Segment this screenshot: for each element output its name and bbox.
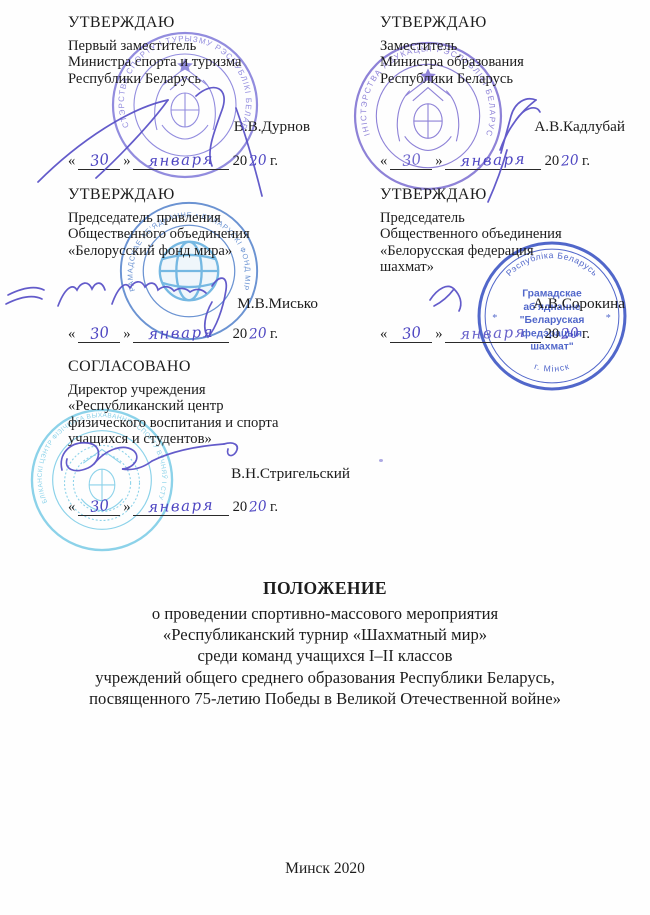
date-open-quote: «	[380, 326, 387, 342]
date-suffix: г.	[270, 326, 278, 342]
date-century: 20	[233, 153, 248, 169]
date-day-slot: 30	[78, 151, 120, 170]
date-day-slot: 30	[78, 324, 120, 343]
approval-label: УТВЕРЖДАЮ	[68, 186, 318, 204]
handwritten-year: 20	[249, 325, 268, 342]
date-close-quote: »	[435, 153, 442, 169]
approval-block-chess: УТВЕРЖДАЮ Председатель Общественного объ…	[380, 186, 625, 361]
handwritten-day: 30	[401, 150, 422, 170]
org-line: Министра спорта и туризма	[68, 54, 310, 70]
svg-text:г. Мінск: г. Мінск	[533, 361, 571, 374]
org-line: физического воспитания и спорта	[68, 415, 350, 431]
date-open-quote: «	[68, 153, 75, 169]
signatory-name: А.В.Сорокина	[533, 295, 625, 313]
org-line: Директор учреждения	[68, 382, 350, 398]
org-line: Республики Беларусь	[68, 71, 310, 87]
approval-block-sport: УТВЕРЖДАЮ Первый заместитель Министра сп…	[68, 14, 310, 189]
org-line: Общественного объединения	[68, 226, 318, 242]
date-suffix: г.	[582, 153, 590, 169]
date-day-slot: 30	[390, 324, 432, 343]
date-century: 20	[545, 326, 560, 342]
title-line: о проведении спортивно-массового меропри…	[0, 603, 650, 624]
handwritten-day: 30	[89, 150, 110, 170]
date-month-slot: января	[445, 151, 541, 170]
signatory-name: В.Н.Стригельский	[231, 465, 350, 483]
org-line: Республики Беларусь	[380, 71, 625, 87]
org-line: Председатель	[380, 210, 625, 226]
handwritten-year: 20	[249, 152, 268, 169]
signatory-name: В.В.Дурнов	[234, 118, 310, 136]
seal-ring-bottom-text: г. Мінск	[533, 361, 571, 374]
agreement-block-sports-center: СОГЛАСОВАНО Директор учреждения «Республ…	[68, 358, 350, 538]
handwritten-year: 20	[561, 325, 580, 342]
org-line: Заместитель	[380, 38, 625, 54]
org-line: Общественного объединения	[380, 226, 625, 242]
approval-label: УТВЕРЖДАЮ	[68, 14, 310, 32]
approval-block-education: УТВЕРЖДАЮ Заместитель Министра образован…	[380, 14, 625, 189]
date-month-slot: января	[133, 497, 229, 516]
approval-label: СОГЛАСОВАНО	[68, 358, 350, 376]
date-month-slot: января	[445, 324, 541, 343]
ink-speck	[379, 459, 383, 462]
date-century: 20	[233, 499, 248, 515]
date-suffix: г.	[270, 153, 278, 169]
title-line: «Республиканский турнир «Шахматный мир»	[0, 624, 650, 645]
approval-label: УТВЕРЖДАЮ	[380, 186, 625, 204]
handwritten-day: 30	[89, 496, 110, 516]
approval-block-peace-fund: УТВЕРЖДАЮ Председатель правления Обществ…	[68, 186, 318, 361]
date-month-slot: января	[133, 151, 229, 170]
date-line: «30»января2020г.	[68, 497, 278, 516]
handwritten-month: января	[147, 323, 214, 343]
title-line: посвященного 75-летию Победы в Великой О…	[0, 688, 650, 709]
date-suffix: г.	[582, 326, 590, 342]
org-line: Первый заместитель	[68, 38, 310, 54]
org-line: «Республиканский центр	[68, 398, 350, 414]
org-line: «Белорусская федерация	[380, 243, 625, 259]
document-title-block: ПОЛОЖЕНИЕ о проведении спортивно-массово…	[0, 578, 650, 709]
date-century: 20	[233, 326, 248, 342]
scanned-document-page: МІНІСТЭРСТВА СПОРТУ І ТУРЫЗМУ РЭСПУБЛІКІ…	[0, 0, 650, 915]
title-line: учреждений общего среднего образования Р…	[0, 667, 650, 688]
handwritten-year: 20	[561, 152, 580, 169]
date-close-quote: »	[123, 153, 130, 169]
date-century: 20	[545, 153, 560, 169]
date-day-slot: 30	[390, 151, 432, 170]
date-line: «30»января2020г.	[68, 151, 278, 170]
date-line: «30»января2020г.	[380, 324, 590, 343]
date-line: «30»января2020г.	[68, 324, 278, 343]
document-title: ПОЛОЖЕНИЕ	[0, 578, 650, 599]
approval-label: УТВЕРЖДАЮ	[380, 14, 625, 32]
title-line: среди команд учащихся I–II классов	[0, 645, 650, 666]
org-line: шахмат»	[380, 259, 625, 275]
date-month-slot: января	[133, 324, 229, 343]
date-open-quote: «	[380, 153, 387, 169]
date-day-slot: 30	[78, 497, 120, 516]
handwritten-day: 30	[401, 323, 422, 343]
handwritten-year: 20	[249, 498, 268, 515]
org-line: учащихся и студентов»	[68, 431, 350, 447]
handwritten-month: января	[459, 150, 526, 170]
date-open-quote: «	[68, 326, 75, 342]
date-suffix: г.	[270, 499, 278, 515]
handwritten-month: января	[147, 496, 214, 516]
date-close-quote: »	[123, 326, 130, 342]
date-open-quote: «	[68, 499, 75, 515]
date-close-quote: »	[123, 499, 130, 515]
date-line: «30»января2020г.	[380, 151, 590, 170]
footer-city-year: Минск 2020	[0, 860, 650, 878]
handwritten-day: 30	[89, 323, 110, 343]
org-line: Министра образования	[380, 54, 625, 70]
handwritten-month: января	[459, 323, 526, 343]
handwritten-month: января	[147, 150, 214, 170]
org-line: Председатель правления	[68, 210, 318, 226]
date-close-quote: »	[435, 326, 442, 342]
signatory-name: А.В.Кадлубай	[534, 118, 625, 136]
signatory-name: М.В.Мисько	[237, 295, 318, 313]
org-line: «Белорусский фонд мира»	[68, 243, 318, 259]
